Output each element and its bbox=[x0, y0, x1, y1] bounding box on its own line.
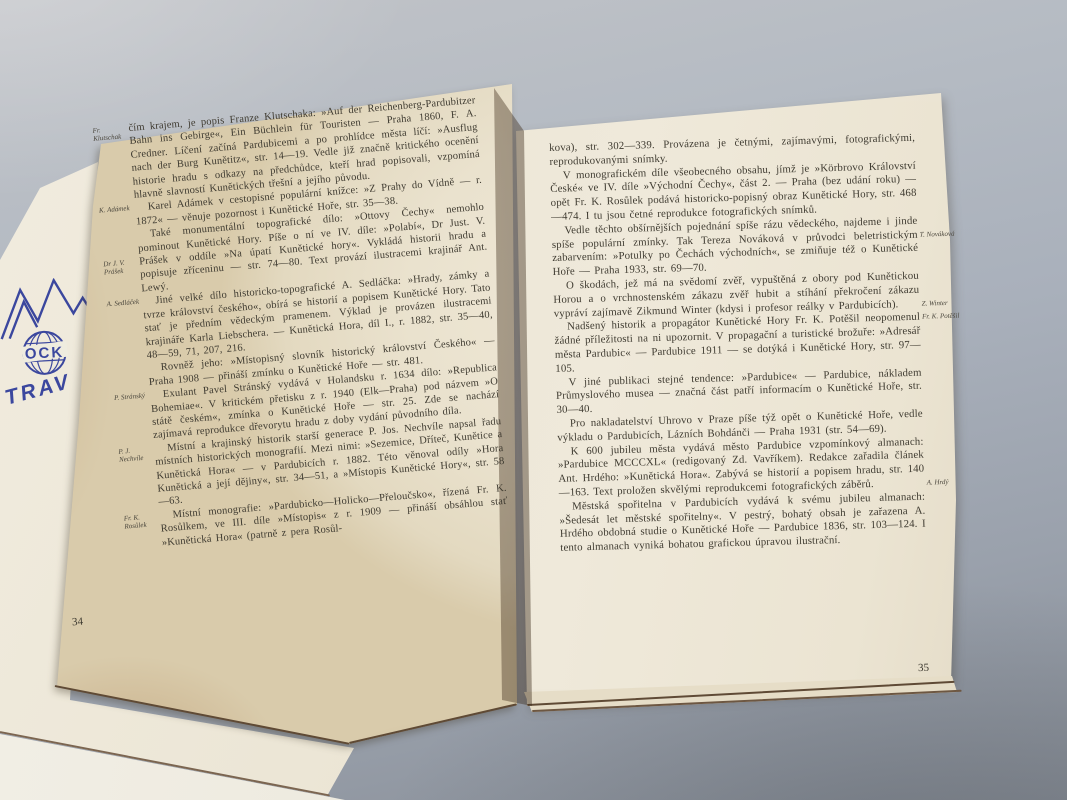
paragraph: V monografickém díle všeobecného obsahu,… bbox=[550, 159, 917, 224]
margin-note: Dr J. V. Prášek bbox=[103, 258, 138, 277]
paragraph: Nadšený historik a propagátor Kunětické … bbox=[554, 311, 921, 376]
margin-note: P. J. Nechvíle bbox=[118, 445, 153, 464]
right-page-number: 35 bbox=[918, 662, 929, 674]
margin-note: Fr. Klutschak bbox=[92, 124, 127, 143]
right-page-text: kova), str. 302—339. Provázena je četným… bbox=[549, 132, 926, 556]
margin-note: A. Hrdý bbox=[927, 477, 967, 486]
margin-note: Fr. K. Rosůlek bbox=[123, 512, 158, 531]
photo-scene: OCK TRAV čím krajem, je popis Franze Klu… bbox=[0, 0, 1067, 800]
paragraph: K 600 jubileu města vydává město Pardubi… bbox=[557, 435, 924, 500]
paragraph: Městská spořitelna v Pardubicích vydává … bbox=[559, 490, 926, 555]
paragraph: Vedle těchto obšírnějších pojednání spíš… bbox=[551, 215, 918, 280]
margin-note: T. Nováková bbox=[920, 229, 960, 238]
left-page-text: čím krajem, je popis Franze Klutschaka: … bbox=[128, 94, 509, 550]
left-page-number: 34 bbox=[72, 616, 84, 629]
margin-note: Z. Winter bbox=[922, 298, 962, 307]
margin-note: Fr. K. Potěšil bbox=[922, 312, 962, 321]
